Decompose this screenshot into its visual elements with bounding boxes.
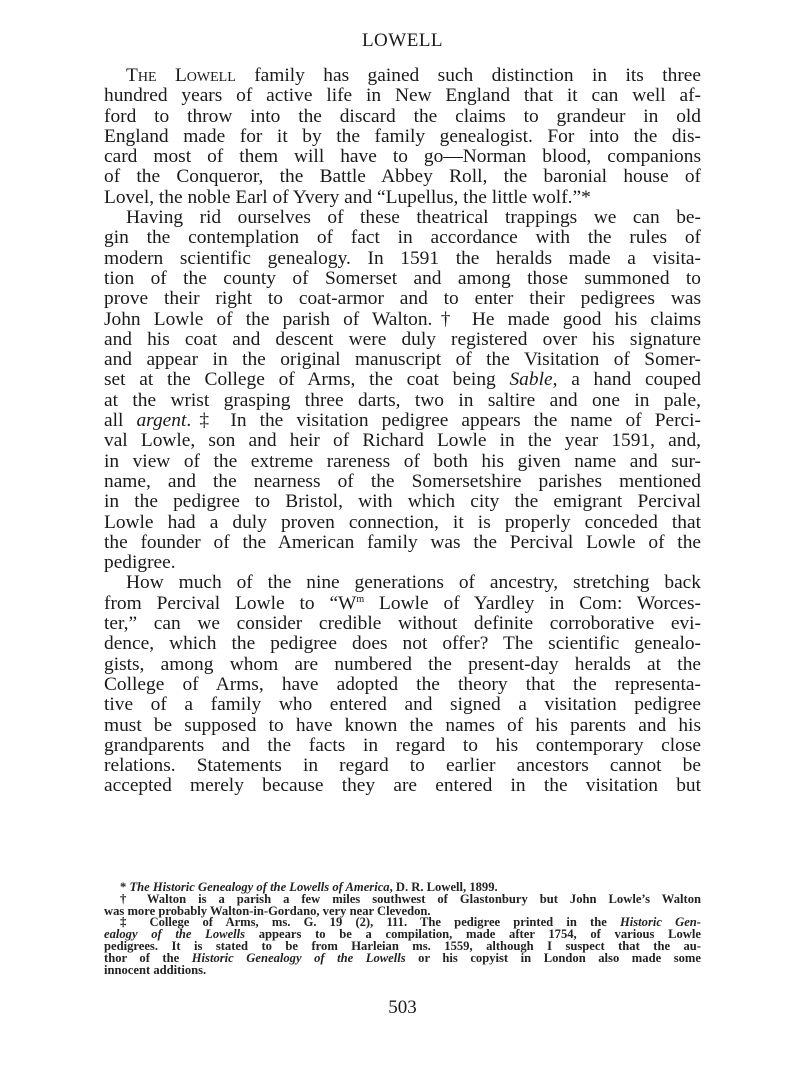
text-line: How much of the nine generations of ance…: [104, 573, 701, 593]
text-line: accepted merely because they are entered…: [104, 776, 701, 796]
text-line: tive of a family who entered and signed …: [104, 695, 701, 715]
italic-title: Historic Genealogy of the Lowells: [192, 951, 406, 965]
footnotes: * The Historic Genealogy of the Lowells …: [104, 882, 701, 976]
text-line: card most of them will have to go—Norman…: [104, 147, 701, 167]
text-line: hundred years of active life in New Engl…: [104, 86, 701, 106]
text-line: College of Arms, have adopted the theory…: [104, 675, 701, 695]
text-line: the founder of the American family was t…: [104, 533, 701, 553]
text-line: and his coat and descent were duly regis…: [104, 330, 701, 350]
superscript: m: [356, 594, 364, 605]
text-line: The Lowell family has gained such distin…: [104, 66, 701, 86]
text-line: from Percival Lowle to “Wm Lowle of Yard…: [104, 594, 701, 614]
text-line: ford to throw into the discard the claim…: [104, 107, 701, 127]
running-head: LOWELL: [104, 30, 701, 52]
text-line: Lovel, the noble Earl of Yvery and “Lupe…: [104, 188, 701, 208]
small-caps-lead: The Lowell: [126, 65, 236, 86]
text-line: ter,” can we consider credible without d…: [104, 614, 701, 634]
text-line: all argent.‡ In the visitation pedigree …: [104, 411, 701, 431]
text-line: tion of the county of Somerset and among…: [104, 269, 701, 289]
text-line: dence, which the pedigree does not offer…: [104, 634, 701, 654]
text-line: in the pedigree to Bristol, with which c…: [104, 492, 701, 512]
text-line: name, and the nearness of the Somersetsh…: [104, 472, 701, 492]
page-number: 503: [104, 997, 701, 1019]
text-line: grandparents and the facts in regard to …: [104, 736, 701, 756]
italic-term: argent: [136, 410, 186, 431]
text-line: gin the contemplation of fact in accorda…: [104, 228, 701, 248]
text-line: Having rid ourselves of these theatrical…: [104, 208, 701, 228]
italic-term: Sable: [509, 369, 552, 390]
text-line: gists, among whom are numbered the prese…: [104, 655, 701, 675]
body-text: The Lowell family has gained such distin…: [104, 66, 701, 797]
text-line: Lowle had a duly proven connection, it i…: [104, 513, 701, 533]
text-line: John Lowle of the parish of Walton.† He …: [104, 310, 701, 330]
text-line: relations. Statements in regard to earli…: [104, 756, 701, 776]
paragraph-2: Having rid ourselves of these theatrical…: [104, 208, 701, 573]
paragraph-1: The Lowell family has gained such distin…: [104, 66, 701, 208]
text-line: must be supposed to have known the names…: [104, 716, 701, 736]
paragraph-3: How much of the nine generations of ance…: [104, 573, 701, 796]
footnote-double-dagger-cont: innocent additions.: [104, 965, 701, 977]
text-line: prove their right to coat-armor and to e…: [104, 289, 701, 309]
text-line: England made for it by the family geneal…: [104, 127, 701, 147]
text-line: val Lowle, son and heir of Richard Lowle…: [104, 431, 701, 451]
text-line: and appear in the original manuscript of…: [104, 350, 701, 370]
text-line: at the wrist grasping three darts, two i…: [104, 391, 701, 411]
text-line: of the Conqueror, the Battle Abbey Roll,…: [104, 167, 701, 187]
text-line: pedigree.: [104, 553, 701, 573]
text-line: in view of the extreme rareness of both …: [104, 452, 701, 472]
text-line: set at the College of Arms, the coat bei…: [104, 370, 701, 390]
text-line: modern scientific genealogy. In 1591 the…: [104, 249, 701, 269]
